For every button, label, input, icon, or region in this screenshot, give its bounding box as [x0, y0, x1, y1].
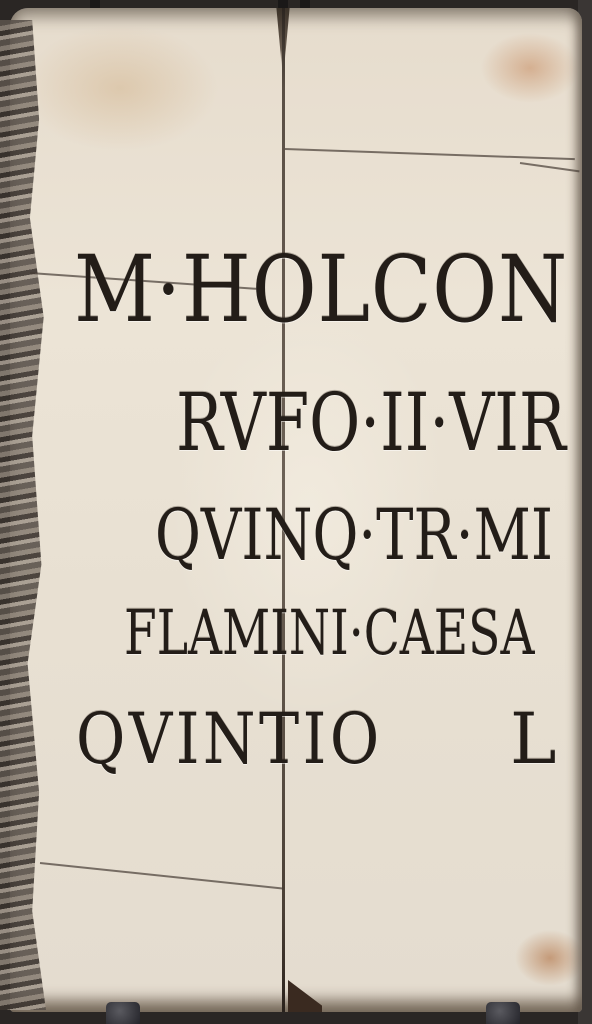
inscription-line-5: QVINTIO — [76, 698, 383, 780]
mounting-bracket — [106, 1002, 140, 1024]
inscription-line-4: FLAMINI·CAESA — [124, 596, 534, 669]
inscription: M·HOLCON RVFO·II·VIR QVINQ·TR·MI FLAMINI… — [0, 0, 592, 1024]
inscription-line-5-suffix: L — [510, 698, 558, 780]
mounting-bracket — [486, 1002, 520, 1024]
inscription-line-2: RVFO·II·VIR — [176, 376, 566, 469]
inscription-line-1: M·HOLCON — [74, 236, 568, 343]
inscription-line-3: QVINQ·TR·MI — [155, 494, 553, 576]
